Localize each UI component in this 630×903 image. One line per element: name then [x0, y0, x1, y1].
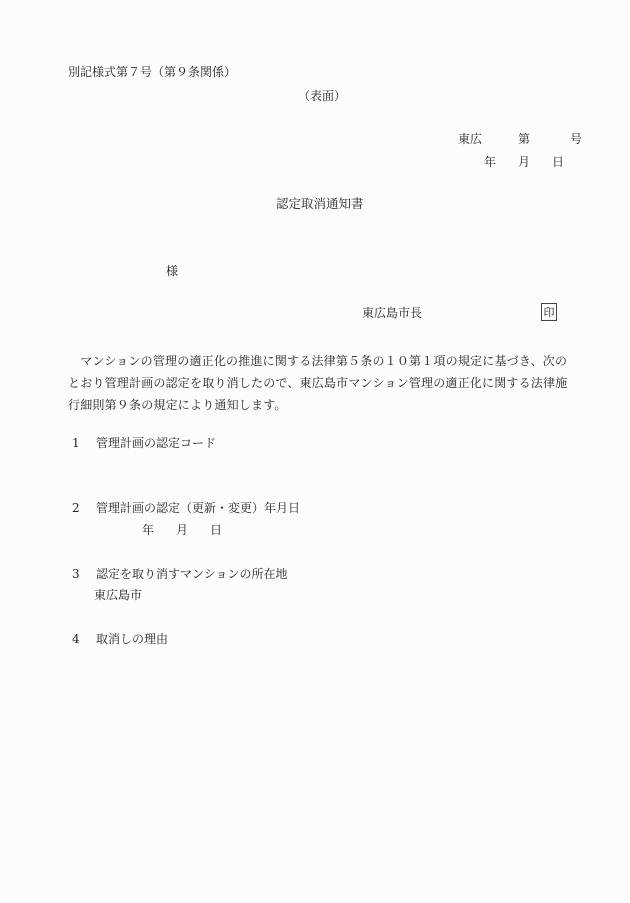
item-label: 管理計画の認定コード: [96, 436, 216, 450]
reference-prefix: 東広: [458, 132, 482, 146]
document-title: 認定取消通知書: [276, 198, 364, 211]
item-3-value: 東広島市: [94, 589, 142, 601]
form-label: 別記様式第７号（第９条関係）: [68, 66, 236, 78]
item-number: 3: [72, 568, 96, 580]
reference-number: 東広第号: [458, 133, 582, 145]
body-text: マンションの管理の適正化の推進に関する法律第５条の１０第１項の規定に基づき、次の…: [68, 350, 570, 416]
item-2: 2管理計画の認定（更新・変更）年月日: [72, 502, 300, 514]
item-number: 4: [72, 633, 96, 645]
date-day: 日: [552, 155, 564, 169]
date-month: 月: [518, 155, 530, 169]
body-paragraph: マンションの管理の適正化の推進に関する法律第５条の１０第１項の規定に基づき、次の…: [68, 350, 570, 416]
side-label: （表面）: [298, 90, 346, 102]
date-month: 月: [176, 523, 188, 537]
date-year: 年: [142, 523, 154, 537]
item-label: 取消しの理由: [96, 632, 168, 646]
item-number: 2: [72, 502, 96, 514]
item-4: 4取消しの理由: [72, 633, 168, 645]
seal-box: 印: [541, 303, 557, 321]
date-day: 日: [210, 523, 222, 537]
item-2-date: 年月日: [142, 524, 222, 536]
reference-go: 号: [570, 132, 582, 146]
item-1: 1管理計画の認定コード: [72, 437, 216, 449]
item-label: 認定を取り消すマンションの所在地: [96, 567, 287, 581]
item-number: 1: [72, 437, 96, 449]
reference-dai: 第: [518, 132, 530, 146]
item-label: 管理計画の認定（更新・変更）年月日: [96, 501, 300, 515]
seal-label: 印: [544, 307, 555, 318]
item-3: 3認定を取り消すマンションの所在地: [72, 568, 287, 580]
date-year: 年: [484, 155, 496, 169]
issuer-name: 東広島市長: [362, 307, 422, 319]
issue-date: 年月日: [484, 156, 564, 168]
addressee-suffix: 様: [166, 265, 178, 277]
